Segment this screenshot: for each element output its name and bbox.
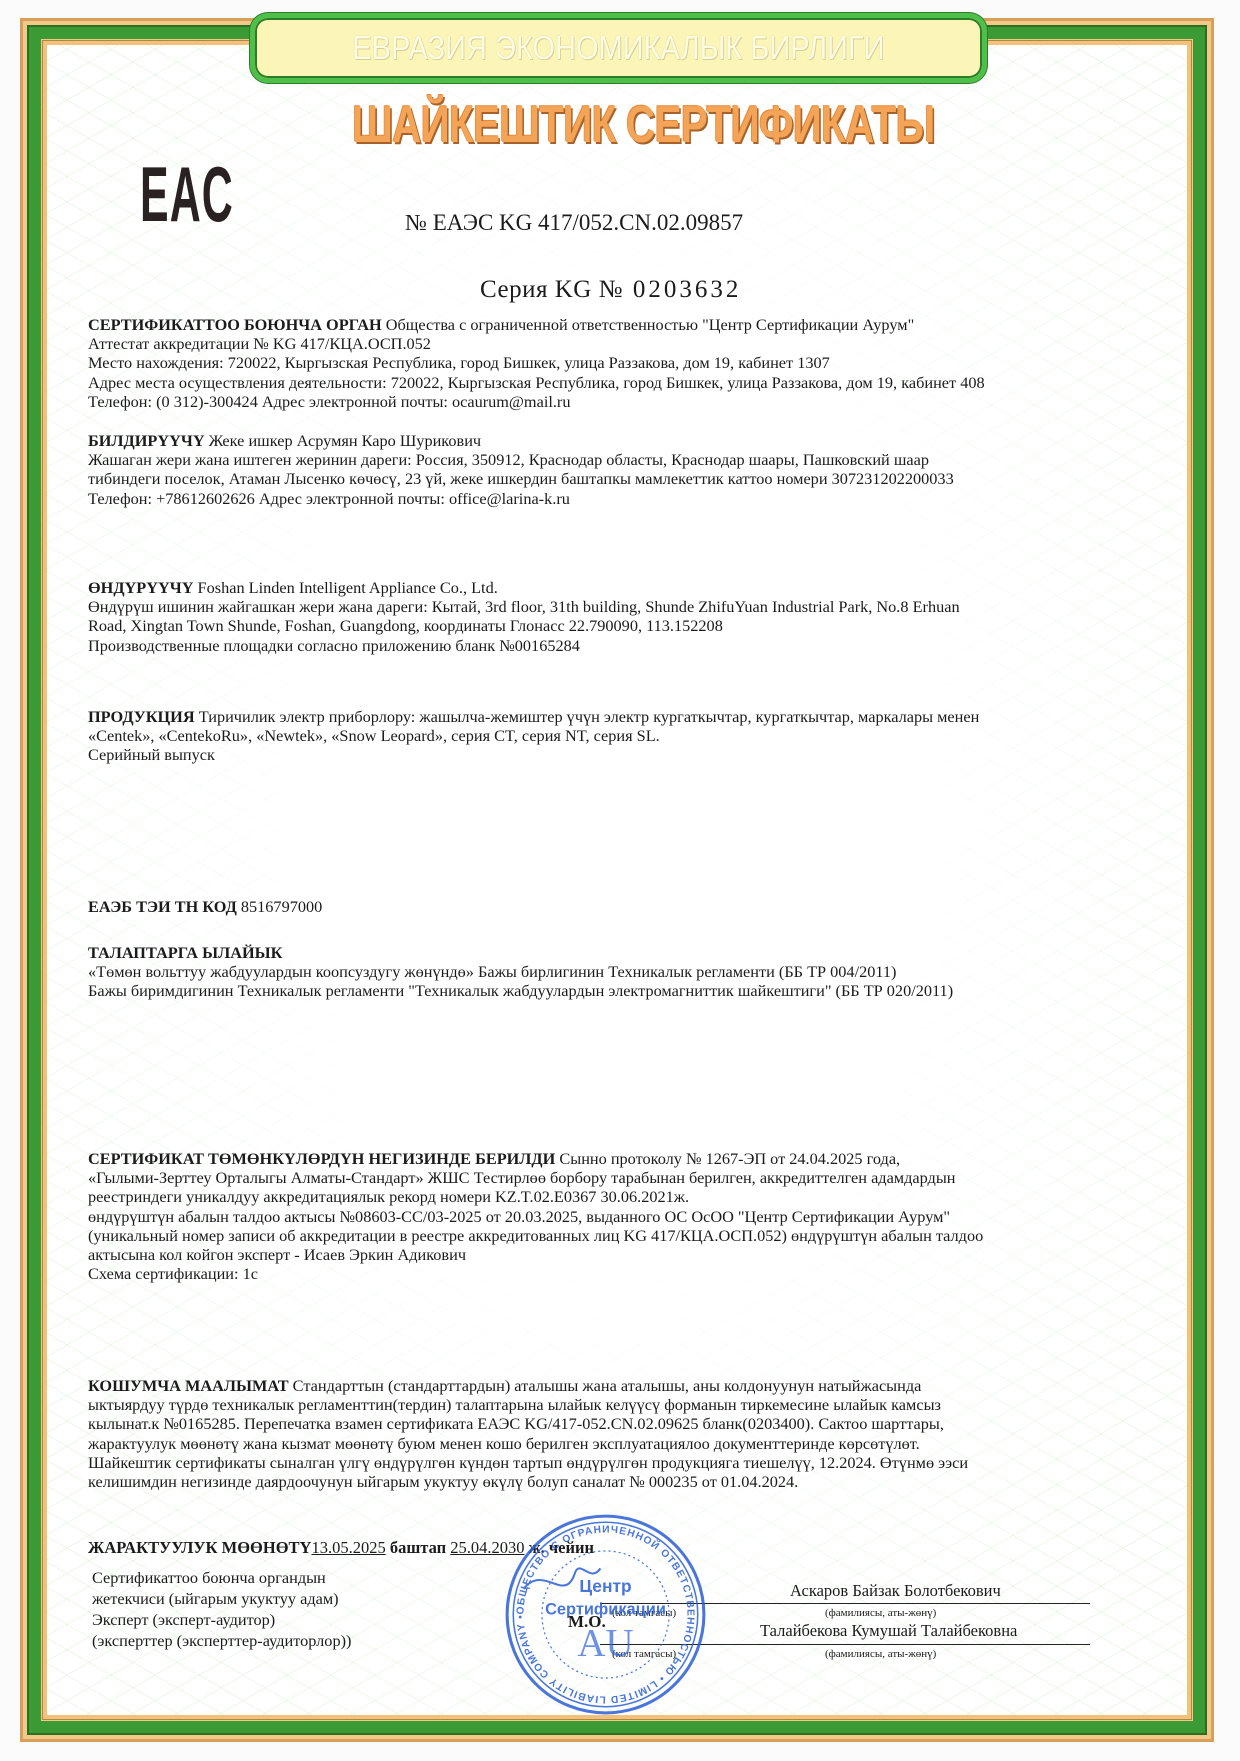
certification-body-line: Телефон: (0 312)-300424 Адрес электронно…	[88, 392, 1148, 411]
manufacturer-label: ӨНДҮРҮҮЧҮ	[88, 578, 193, 597]
additional-line: кылынат.к №0165285. Перепечатка взамен с…	[88, 1414, 1148, 1433]
expert-label-line-2: (эксперттер (эксперттер-аудиторлор))	[92, 1630, 351, 1651]
section-certification-body: СЕРТИФИКАТТОО БОЮНЧА ОРГАН Общества с ог…	[88, 315, 1148, 411]
basis-line: «Гылыми-Зерттеу Орталыгы Алматы-Стандарт…	[88, 1168, 1148, 1187]
compliance-line: «Төмөн вольттуу жабдуулардын коопсуздугу…	[88, 962, 1148, 981]
applicant-line: тибиндеги поселок, Атаман Лысенко көчөсү…	[88, 469, 1148, 488]
certificate-number: № ЕАЭС KG 417/052.CN.02.09857	[405, 210, 743, 236]
tn-code-value: 8516797000	[241, 897, 322, 916]
validity-from: 13.05.2025	[311, 1538, 385, 1557]
product-line: Серийный выпуск	[88, 745, 1148, 764]
compliance-label: ТАЛАПТАРГА ЫЛАЙЫК	[88, 943, 1148, 962]
manufacturer-name: Foshan Linden Intelligent Appliance Co.,…	[198, 578, 498, 597]
section-compliance: ТАЛАПТАРГА ЫЛАЙЫК «Төмөн вольттуу жабдуу…	[88, 943, 1148, 1001]
banner-text: ЕВРАЗИЯ ЭКОНОМИКАЛЫК БИРЛИГИ	[352, 29, 884, 67]
eac-mark-icon: EAC	[140, 155, 234, 233]
additional-line: жарактуулук мөөнөтү жана кызмат мөөнөтү …	[88, 1434, 1148, 1453]
applicant-name: Жеке ишкер Асрумян Каро Шурикович	[209, 431, 481, 450]
title-text: ШАЙКЕШТИК СЕРТИФИКАТЫ	[352, 95, 934, 155]
svg-text:Центр: Центр	[579, 1576, 631, 1596]
basis-text: Сынно протоколу № 1267-ЭП от 24.04.2025 …	[559, 1149, 900, 1168]
certification-body-line: Аттестат аккредитации № KG 417/КЦА.ОСП.0…	[88, 334, 1148, 353]
series-value: 0203632	[633, 276, 742, 303]
section-manufacturer: ӨНДҮРҮҮЧҮ Foshan Linden Intelligent Appl…	[88, 578, 1148, 655]
basis-line: Схема сертификации: 1с	[88, 1264, 1148, 1283]
validity-from-word: баштап	[390, 1538, 446, 1557]
basis-line: (уникальный номер записи об аккредитации…	[88, 1226, 1148, 1245]
expert-label-line-1: Эксперт (эксперт-аудитор)	[92, 1609, 351, 1630]
applicant-label: БИЛДИРҮҮЧҮ	[88, 431, 205, 450]
certification-body-line: Адрес места осуществления деятельности: …	[88, 373, 1148, 392]
head-label-line-2: жетекчиси (ыйгарым укуктуу адам)	[92, 1588, 351, 1609]
additional-line: Шайкештик сертификаты сыналган үлгү өндү…	[88, 1453, 1148, 1472]
tn-code-label: ЕАЭБ ТЭИ ТН КОД	[88, 897, 237, 916]
additional-text: Стандарттын (стандарттардын) аталышы жан…	[293, 1376, 922, 1395]
basis-line: реестриндеги уникалдуу аккредитациялык р…	[88, 1187, 1148, 1206]
basis-line: актысына кол койгон эксперт - Исаев Эрки…	[88, 1245, 1148, 1264]
stamp-place-mark: М.О.	[568, 1612, 606, 1632]
section-tn-code: ЕАЭБ ТЭИ ТН КОД 8516797000	[88, 897, 1148, 916]
head-label-line-1: Сертификаттоо боюнча органдын	[92, 1567, 351, 1588]
expert-name-hint: (фамилиясы, аты-жөнү)	[825, 1648, 936, 1660]
manufacturer-line: Производственные площадки согласно прило…	[88, 636, 1148, 655]
certification-body-name: Общества с ограниченной ответственностью…	[386, 315, 914, 334]
additional-line: келишимдин негизинде даярдоочунун ыйгары…	[88, 1472, 1148, 1491]
head-name-hint: (фамилиясы, аты-жөнү)	[825, 1607, 936, 1619]
section-product: ПРОДУКЦИЯ Тиричилик электр приборлору: ж…	[88, 707, 1148, 765]
product-line: «Centek», «CentekoRu», «Newtek», «Snow L…	[88, 726, 1148, 745]
applicant-line: Жашаган жери жана иштеген жеринин дареги…	[88, 450, 1148, 469]
compliance-line: Бажы биримдигинин Техникалык регламенти …	[88, 981, 1148, 1000]
product-label: ПРОДУКЦИЯ	[88, 707, 195, 726]
section-basis: СЕРТИФИКАТ ТӨМӨНКҮЛӨРДҮН НЕГИЗИНДЕ БЕРИЛ…	[88, 1149, 1148, 1283]
basis-label: СЕРТИФИКАТ ТӨМӨНКҮЛӨРДҮН НЕГИЗИНДЕ БЕРИЛ…	[88, 1149, 555, 1168]
header-banner: ЕВРАЗИЯ ЭКОНОМИКАЛЫК БИРЛИГИ	[250, 13, 987, 83]
document-title: ШАЙКЕШТИК СЕРТИФИКАТЫ	[270, 95, 970, 155]
signature-labels: Сертификаттоо боюнча органдын жетекчиси …	[92, 1567, 351, 1651]
product-text: Тиричилик электр приборлору: жашылча-жем…	[199, 707, 980, 726]
certification-body-label: СЕРТИФИКАТТОО БОЮНЧА ОРГАН	[88, 315, 382, 334]
certification-body-line: Место нахождения: 720022, Кыргызская Рес…	[88, 353, 1148, 372]
applicant-line: Телефон: +78612602626 Адрес электронной …	[88, 489, 1148, 508]
series-number: Серия KG №0203632	[480, 276, 741, 304]
head-name: Аскаров Байзак Болотбекович	[790, 1581, 1001, 1601]
series-label: Серия KG №	[480, 276, 623, 303]
manufacturer-line: Road, Xingtan Town Shunde, Foshan, Guang…	[88, 616, 1148, 635]
manufacturer-line: Өндүрүш ишинин жайгашкан жери жана дарег…	[88, 597, 1148, 616]
basis-line: өндүрүштүн абалын талдоо актысы №08603-С…	[88, 1207, 1148, 1226]
validity-label: ЖАРАКТУУЛУК МӨӨНӨТҮ	[88, 1538, 311, 1557]
section-applicant: БИЛДИРҮҮЧҮ Жеке ишкер Асрумян Каро Шурик…	[88, 431, 1148, 508]
section-additional-info: КОШУМЧА МААЛЫМАТ Стандарттын (стандартта…	[88, 1376, 1148, 1491]
expert-name: Талайбекова Кумушай Талайбековна	[760, 1621, 1017, 1641]
additional-label: КОШУМЧА МААЛЫМАТ	[88, 1376, 289, 1395]
additional-line: ыктыярдуу түрдө техникалык регламенттин(…	[88, 1395, 1148, 1414]
